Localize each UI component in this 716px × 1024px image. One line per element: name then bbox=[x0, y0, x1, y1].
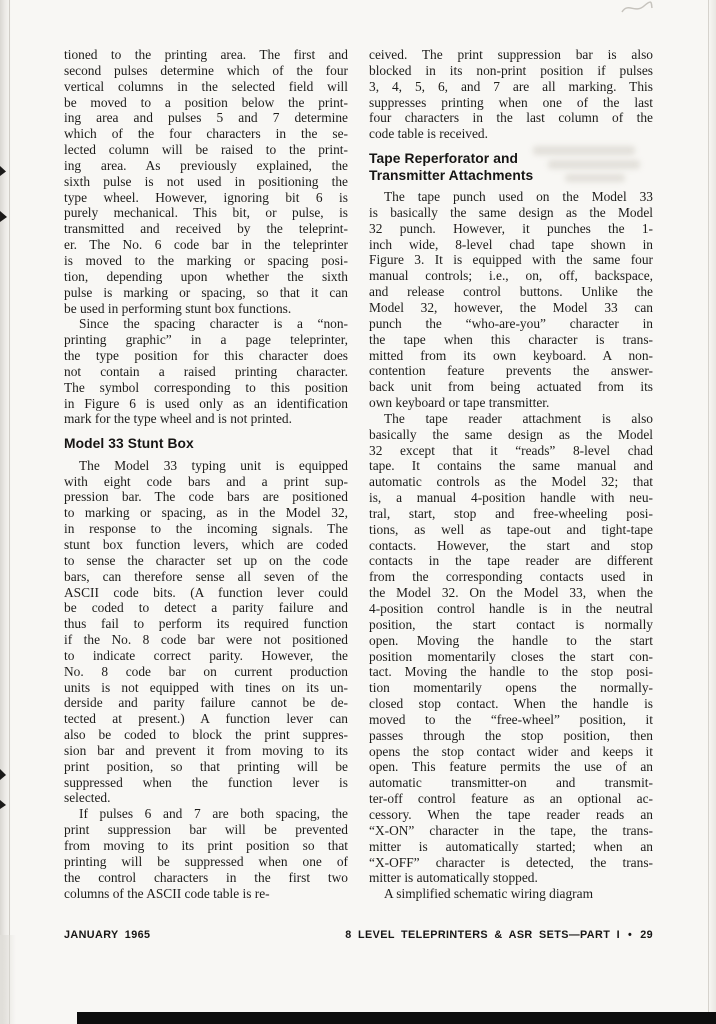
text-line: not contain a raised printing character. bbox=[64, 364, 348, 380]
scan-black-bar bbox=[77, 1012, 716, 1024]
paragraph: tioned to the printing area. The first a… bbox=[64, 47, 348, 316]
text-line: Model 32, however, the Model 33 can bbox=[369, 300, 653, 316]
text-line: mitter is automatically stopped. bbox=[369, 870, 653, 886]
text-line: mark for the type wheel and is not print… bbox=[64, 411, 348, 427]
text-line: tions, as well as tape-out and tight-tap… bbox=[369, 522, 653, 538]
text-line: to sense the character set up on the cod… bbox=[64, 553, 348, 569]
text-line: pression bar. The code bars are position… bbox=[64, 489, 348, 505]
text-column-right: ceived. The print suppression bar is als… bbox=[369, 47, 653, 902]
text-line: No. 8 code bar on current production bbox=[64, 664, 348, 680]
text-line: four characters in the last column of th… bbox=[369, 110, 653, 126]
text-line: blocked in its non-print position if pul… bbox=[369, 63, 653, 79]
text-line: if the No. 8 code bar were not positione… bbox=[64, 632, 348, 648]
text-line: punch the “who-are-you” character in bbox=[369, 316, 653, 332]
footer-separator-dot: • bbox=[628, 929, 632, 941]
text-line: pulse is marking or spacing, so that it … bbox=[64, 285, 348, 301]
text-line: moved to the “free-wheel” position, it bbox=[369, 712, 653, 728]
text-line: in Figure 6 is used only as an identific… bbox=[64, 396, 348, 412]
paragraph: A simplified schematic wiring diagram bbox=[369, 886, 653, 902]
text-line: the control characters in the first two bbox=[64, 870, 348, 886]
text-line: contacts in the tape reader are differen… bbox=[369, 553, 653, 569]
text-line: second pulses determine which of the fou… bbox=[64, 63, 348, 79]
text-line: The symbol corresponding to this positio… bbox=[64, 380, 348, 396]
text-line: suppressed when the function lever is bbox=[64, 775, 348, 791]
paragraph: ceived. The print suppression bar is als… bbox=[369, 47, 653, 142]
text-line: back unit from being actuated from its bbox=[369, 379, 653, 395]
text-line: be used in performing stunt box function… bbox=[64, 301, 348, 317]
page-footer: JANUARY 1965 8 LEVEL TELEPRINTERS & ASR … bbox=[64, 929, 653, 941]
text-line: to marking or spacing, as in the Model 3… bbox=[64, 505, 348, 521]
text-line: sion bar and prevent it from moving to i… bbox=[64, 743, 348, 759]
text-line: automatic controls as the Model 32; that bbox=[369, 474, 653, 490]
text-line: print position, so that printing will be bbox=[64, 759, 348, 775]
text-line: from moving to its print position so tha… bbox=[64, 838, 348, 854]
text-line: sixth pulse is not used in positioning t… bbox=[64, 174, 348, 190]
text-line: derside and parity failure cannot be de- bbox=[64, 695, 348, 711]
text-line: is basically the same design as the Mode… bbox=[369, 205, 653, 221]
paragraph: Since the spacing character is a “non-pr… bbox=[64, 316, 348, 427]
text-line: with eight code bars and a print sup- bbox=[64, 474, 348, 490]
text-line: open. This feature permits the use of an bbox=[369, 759, 653, 775]
text-line: A simplified schematic wiring diagram bbox=[369, 886, 653, 902]
text-column-left: tioned to the printing area. The first a… bbox=[64, 47, 348, 902]
text-line: the Model 32. On the Model 33, when the bbox=[369, 585, 653, 601]
text-line: “X-ON” character in the tape, the trans- bbox=[369, 823, 653, 839]
text-line: Figure 3. It is equipped with the same f… bbox=[369, 252, 653, 268]
page-corner-shade bbox=[0, 935, 16, 1024]
text-line: is moved to the marking or spacing posi- bbox=[64, 253, 348, 269]
text-line: type wheel. However, ignoring bit 6 is bbox=[64, 190, 348, 206]
scan-scratch-artifact bbox=[620, 1, 654, 17]
text-line: suppresses printing when one of the last bbox=[369, 95, 653, 111]
section-heading: Model 33 Stunt Box bbox=[64, 436, 348, 453]
text-line: printing will be suppressed when one of bbox=[64, 854, 348, 870]
text-line: opens the stop contact wider and keeps i… bbox=[369, 744, 653, 760]
text-line: contention feature prevents the answer- bbox=[369, 363, 653, 379]
page-left-edge-line bbox=[9, 0, 10, 1024]
text-line: the type position for this character doe… bbox=[64, 348, 348, 364]
text-line: The tape reader attachment is also bbox=[369, 411, 653, 427]
text-line: “X-OFF” character is detected, the trans… bbox=[369, 855, 653, 871]
text-line: be moved to a position below the print- bbox=[64, 95, 348, 111]
text-line: the tape when this character is trans- bbox=[369, 332, 653, 348]
text-line: tioned to the printing area. The first a… bbox=[64, 47, 348, 63]
text-line: automatic transmitter-on and transmit- bbox=[369, 775, 653, 791]
text-line: units is not equipped with tines on its … bbox=[64, 680, 348, 696]
text-line: and release control buttons. Unlike the bbox=[369, 284, 653, 300]
text-line: contacts. However, the start and stop bbox=[369, 538, 653, 554]
text-columns: tioned to the printing area. The first a… bbox=[64, 47, 653, 902]
text-line: 32 except that it “reads” 8-level chad bbox=[369, 443, 653, 459]
text-line: printing graphic” in a page teleprinter, bbox=[64, 332, 348, 348]
text-line: inch wide, 8-level chad tape shown in bbox=[369, 237, 653, 253]
text-line: is, a manual 4-position handle with neu- bbox=[369, 490, 653, 506]
text-line: manual controls; i.e., on, off, backspac… bbox=[369, 268, 653, 284]
text-line: 4-position control handle is in the neut… bbox=[369, 601, 653, 617]
footer-issue-date: JANUARY 1965 bbox=[64, 929, 150, 941]
text-line: tion, depending upon whether the sixth bbox=[64, 269, 348, 285]
section-heading: Tape Reperforator andTransmitter Attachm… bbox=[369, 151, 653, 184]
text-line: which of the four characters in the se- bbox=[64, 126, 348, 142]
text-line: If pulses 6 and 7 are both spacing, the bbox=[64, 806, 348, 822]
text-line: mitted from its own keyboard. A non- bbox=[369, 348, 653, 364]
text-line: bars, can therefore sense all seven of t… bbox=[64, 569, 348, 585]
heading-line: Transmitter Attachments bbox=[369, 168, 653, 185]
text-line: er. The No. 6 code bar in the teleprinte… bbox=[64, 237, 348, 253]
text-line: lected column will be raised to the prin… bbox=[64, 142, 348, 158]
text-line: vertical columns in the selected field w… bbox=[64, 79, 348, 95]
text-line: tion momentarily opens the normally- bbox=[369, 680, 653, 696]
footer-publication-title: 8 LEVEL TELEPRINTERS & ASR SETS—PART I bbox=[345, 929, 620, 941]
page-right-edge-line bbox=[708, 0, 709, 1024]
text-line: 3, 4, 5, 6, and 7 are all marking. This bbox=[369, 79, 653, 95]
text-line: ing area. As previously explained, the bbox=[64, 158, 348, 174]
text-line: 32 punch. However, it punches the 1- bbox=[369, 221, 653, 237]
text-line: position momentarily closes the start co… bbox=[369, 649, 653, 665]
text-line: ceived. The print suppression bar is als… bbox=[369, 47, 653, 63]
text-line: columns of the ASCII code table is re- bbox=[64, 886, 348, 902]
text-line: basically the same design as the Model bbox=[369, 427, 653, 443]
text-line: stunt box function levers, which are cod… bbox=[64, 537, 348, 553]
text-line: Since the spacing character is a “non- bbox=[64, 316, 348, 332]
page-right-edge-shadow bbox=[708, 0, 716, 1024]
text-line: own keyboard or tape transmitter. bbox=[369, 395, 653, 411]
text-line: code table is received. bbox=[369, 126, 653, 142]
text-line: tape. It contains the same manual and bbox=[369, 458, 653, 474]
text-line: thus fail to perform its required functi… bbox=[64, 616, 348, 632]
text-line: purely mechanical. This bit, or pulse, i… bbox=[64, 205, 348, 221]
text-line: selected. bbox=[64, 790, 348, 806]
text-line: ing area and pulses 5 and 7 determine bbox=[64, 110, 348, 126]
footer-publication: 8 LEVEL TELEPRINTERS & ASR SETS—PART I•2… bbox=[345, 929, 653, 941]
paragraph: If pulses 6 and 7 are both spacing, thep… bbox=[64, 806, 348, 901]
text-line: also be coded to block the print suppres… bbox=[64, 727, 348, 743]
text-line: cessory. When the tape reader reads an bbox=[369, 807, 653, 823]
text-line: mitter is automatically started; when an bbox=[369, 839, 653, 855]
text-line: tact. Moving the handle to the stop posi… bbox=[369, 664, 653, 680]
text-line: be coded to detect a parity failure and bbox=[64, 600, 348, 616]
text-line: ASCII code bits. (A function lever could bbox=[64, 585, 348, 601]
text-line: open. Moving the handle to the start bbox=[369, 633, 653, 649]
text-line: from the corresponding contacts used in bbox=[369, 569, 653, 585]
text-line: to indicate correct parity. However, the bbox=[64, 648, 348, 664]
text-line: passes through the stop position, then bbox=[369, 728, 653, 744]
text-line: tral, start, stop and free-wheeling posi… bbox=[369, 506, 653, 522]
heading-line: Tape Reperforator and bbox=[369, 151, 653, 168]
paragraph: The tape punch used on the Model 33is ba… bbox=[369, 189, 653, 411]
text-line: The tape punch used on the Model 33 bbox=[369, 189, 653, 205]
footer-page-number: 29 bbox=[640, 929, 653, 941]
text-line: closed stop contact. When the handle is bbox=[369, 696, 653, 712]
text-line: ter-off control feature as an optional a… bbox=[369, 791, 653, 807]
text-line: position, the start contact is normally bbox=[369, 617, 653, 633]
heading-line: Model 33 Stunt Box bbox=[64, 436, 348, 453]
text-line: transmitted and received by the teleprin… bbox=[64, 221, 348, 237]
text-line: print suppression bar will be prevented bbox=[64, 822, 348, 838]
text-line: tected at present.) A function lever can bbox=[64, 711, 348, 727]
text-line: in response to the incoming signals. The bbox=[64, 521, 348, 537]
paragraph: The tape reader attachment is alsobasica… bbox=[369, 411, 653, 886]
paragraph: The Model 33 typing unit is equippedwith… bbox=[64, 458, 348, 807]
text-line: The Model 33 typing unit is equipped bbox=[64, 458, 348, 474]
